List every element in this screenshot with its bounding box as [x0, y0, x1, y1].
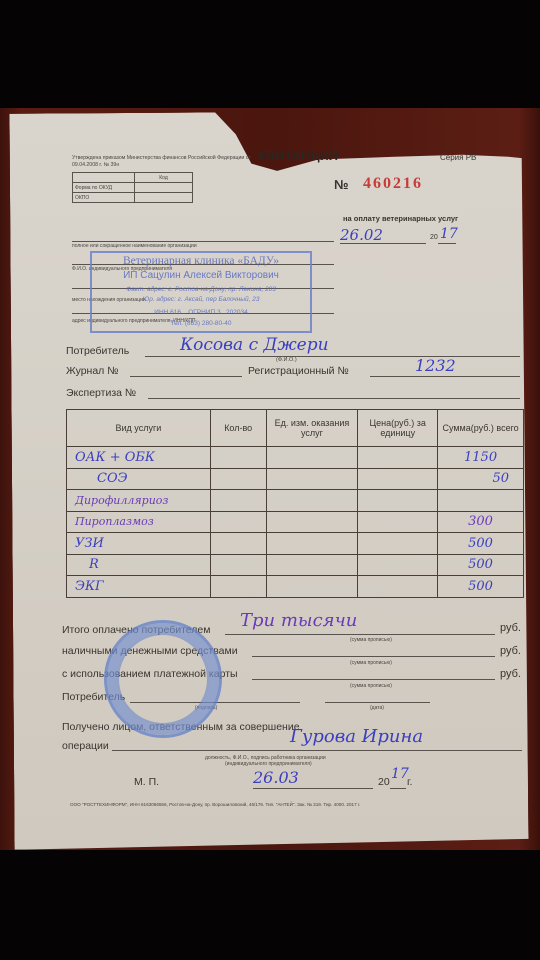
stamp-fact-address: Факт. адрес: г. Ростов-на-Дону, пр. Лени… — [92, 286, 310, 293]
table-row: УЗИ 500 — [67, 533, 524, 555]
col-service: Вид услуги — [67, 410, 211, 447]
expertise-label: Экспертиза № — [66, 387, 136, 399]
clinic-stamp: Ветеринарная клиника «БАДУ» ИП Сацулин А… — [90, 251, 312, 333]
sum-cell — [438, 490, 524, 512]
total-words-caption: (сумма прописью) — [350, 637, 392, 643]
sum-cell: 500 — [438, 554, 524, 576]
sum-cell: 500 — [438, 576, 524, 598]
service-cell: Дирофилляриоз — [67, 490, 211, 512]
qty-cell — [210, 490, 266, 512]
unit-cell — [266, 533, 358, 555]
date-caption: (дата) — [370, 705, 384, 711]
price-cell — [358, 533, 438, 555]
stamp-clinic-name: Ветеринарная клиника «БАДУ» — [92, 255, 310, 267]
sum-cell: 500 — [438, 533, 524, 555]
consumer-label: Потребитель — [66, 345, 129, 357]
reg-label: Регистрационный № — [248, 365, 349, 377]
price-cell — [358, 447, 438, 469]
service-cell: ОАК + ОБК — [67, 447, 211, 469]
table-header-row: Вид услуги Кол-во Ед. изм. оказания услу… — [67, 410, 524, 447]
col-price: Цена(руб.) за единицу — [358, 410, 438, 447]
price-cell — [358, 490, 438, 512]
journal-label: Журнал № — [66, 365, 119, 377]
col-qty: Кол-во — [210, 410, 266, 447]
printer-footer: ООО "РОСТТЕХИНФОРМ", ИНН 6163066556, Рос… — [70, 802, 360, 807]
fio-caption: (Ф.И.О.) — [276, 357, 297, 363]
top-date-year-prefix: 20 — [430, 234, 438, 241]
unit-cell — [266, 490, 358, 512]
sum-cell: 50 — [438, 468, 524, 490]
total-rub: руб. — [500, 622, 521, 634]
mp-label: М. П. — [134, 776, 159, 788]
table-row: ОАК + ОБК 1150 — [67, 447, 524, 469]
okud-label: Форма по ОКУД — [73, 183, 135, 193]
table-row: Дирофилляриоз — [67, 490, 524, 512]
bottom-date-suffix: г. — [407, 776, 412, 788]
reg-value: 1232 — [415, 356, 456, 375]
table-row: СОЭ 50 — [67, 468, 524, 490]
card-words-caption: (сумма прописью) — [350, 683, 392, 689]
sum-cell: 1150 — [438, 447, 524, 469]
sum-cell: 300 — [438, 511, 524, 533]
table-row: R 500 — [67, 554, 524, 576]
bottom-date-day-month: 26.03 — [253, 768, 299, 787]
unit-cell — [266, 554, 358, 576]
table-row: Пироплазмоз 300 — [67, 511, 524, 533]
price-cell — [358, 511, 438, 533]
service-cell: Пироплазмоз — [67, 511, 211, 533]
service-cell: УЗИ — [67, 533, 211, 555]
total-paid-value: Три тысячи — [240, 610, 357, 631]
approval-note: Утверждена приказом Министерства финансо… — [72, 155, 252, 169]
received-label-line2: операции — [62, 740, 109, 752]
bottom-date-year-prefix: 20 — [378, 776, 390, 788]
receipt-title: КВИТАНЦИЯ — [258, 149, 338, 163]
qty-cell — [210, 554, 266, 576]
services-table: Вид услуги Кол-во Ед. изм. оказания услу… — [66, 409, 524, 598]
qty-cell — [210, 447, 266, 469]
col-unit: Ед. изм. оказания услуг — [266, 410, 358, 447]
position-caption-2: (индивидуального предпринимателя) — [225, 761, 312, 767]
unit-cell — [266, 511, 358, 533]
card-rub: руб. — [500, 668, 521, 680]
service-cell: ЭКГ — [67, 576, 211, 598]
unit-cell — [266, 447, 358, 469]
consumer-value: Косова с Джери — [180, 335, 329, 355]
qty-cell — [210, 468, 266, 490]
code-table: Код Форма по ОКУД ОКПО — [72, 172, 193, 203]
price-cell — [358, 554, 438, 576]
stamp-owner: ИП Сацулин Алексей Викторович — [92, 270, 310, 281]
price-cell — [358, 468, 438, 490]
qty-cell — [210, 511, 266, 533]
service-cell: R — [67, 554, 211, 576]
series-label: Серия РВ — [440, 153, 476, 162]
stamp-legal-address: Юр. адрес: г. Аксай, пер Балочный, 23 — [92, 296, 310, 303]
okpo-label: ОКПО — [73, 193, 135, 203]
top-date-day-month: 26.02 — [340, 226, 383, 244]
col-sum: Сумма(руб.) всего — [438, 410, 524, 447]
qty-cell — [210, 533, 266, 555]
received-by-value: Гурова Ирина — [290, 726, 423, 747]
cash-rub: руб. — [500, 645, 521, 657]
service-cell: СОЭ — [67, 468, 211, 490]
unit-cell — [266, 468, 358, 490]
receipt-number: 460216 — [363, 175, 423, 193]
number-label: № — [334, 177, 349, 192]
org-caption: полное или сокращенное наименование орга… — [72, 243, 197, 249]
stamp-phone: Тел. (863) 280-80-40 — [92, 320, 310, 327]
cash-words-caption: (сумма прописью) — [350, 660, 392, 666]
qty-cell — [210, 576, 266, 598]
round-seal-stamp — [104, 620, 222, 738]
stamp-inn: ИНН 616... ОГРНИП 3...202034 — [92, 309, 310, 316]
price-cell — [358, 576, 438, 598]
unit-cell — [266, 576, 358, 598]
table-row: ЭКГ 500 — [67, 576, 524, 598]
purpose-label: на оплату ветеринарных услуг — [343, 214, 458, 223]
top-date-year: 17 — [440, 226, 458, 242]
code-header: Код — [135, 173, 193, 183]
